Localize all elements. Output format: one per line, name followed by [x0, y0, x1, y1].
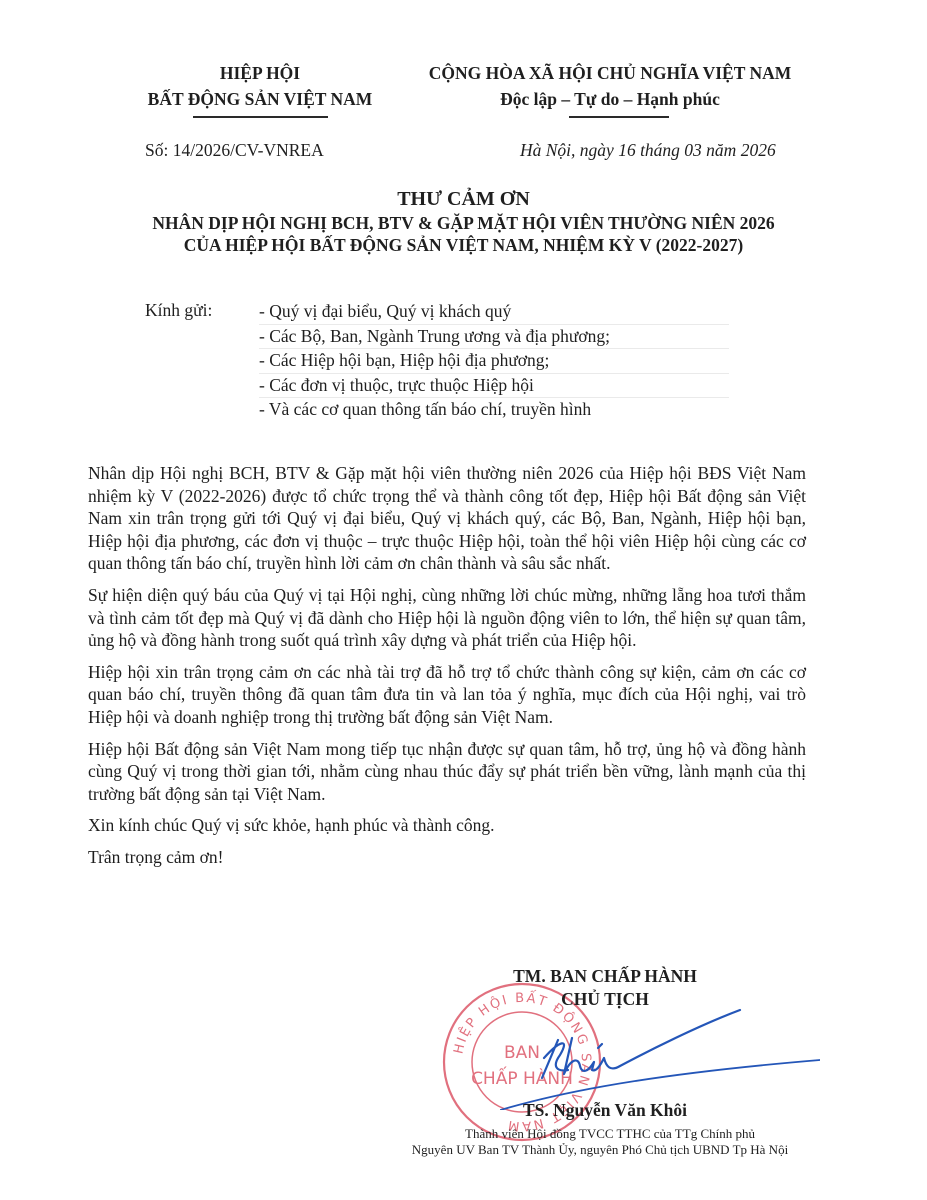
signing-capacity: TM. BAN CHẤP HÀNH	[440, 965, 770, 988]
letter-title: THƯ CẢM ƠN NHÂN DỊP HỘI NGHỊ BCH, BTV & …	[60, 186, 867, 256]
org-underline	[193, 116, 328, 118]
recipients-label: Kính gửi:	[145, 300, 245, 321]
body-paragraph: Hiệp hội Bất động sản Việt Nam mong tiếp…	[88, 738, 806, 806]
document-number: Số: 14/2026/CV-VNREA	[145, 140, 324, 161]
issuing-organization: HIỆP HỘI BẤT ĐỘNG SẢN VIỆT NAM	[130, 60, 390, 118]
body-paragraph: Trân trọng cảm ơn!	[88, 846, 806, 869]
org-line-1: HIỆP HỘI	[130, 60, 390, 86]
title-main: THƯ CẢM ƠN	[60, 186, 867, 212]
nation-line-2: Độc lập – Tự do – Hạnh phúc	[400, 86, 820, 112]
body-paragraph: Sự hiện diện quý báu của Quý vị tại Hội …	[88, 584, 806, 652]
recipient-item: - Các Bộ, Ban, Ngành Trung ương và địa p…	[259, 324, 729, 349]
document-date: Hà Nội, ngày 16 tháng 03 năm 2026	[520, 140, 776, 161]
motto-underline	[569, 116, 669, 118]
title-subtitle-1: NHÂN DỊP HỘI NGHỊ BCH, BTV & GẶP MẶT HỘI…	[60, 212, 867, 234]
recipient-item: - Các Hiệp hội bạn, Hiệp hội địa phương;	[259, 348, 729, 373]
recipient-item: - Quý vị đại biểu, Quý vị khách quý	[259, 300, 729, 324]
body-paragraph: Nhân dịp Hội nghị BCH, BTV & Gặp mặt hội…	[88, 462, 806, 575]
body-paragraph: Xin kính chúc Quý vị sức khỏe, hạnh phúc…	[88, 814, 806, 837]
org-line-2: BẤT ĐỘNG SẢN VIỆT NAM	[130, 86, 390, 112]
signer-title-1: Thành viên Hội đồng TVCC TTHC của TTg Ch…	[380, 1126, 840, 1142]
body-paragraph: Hiệp hội xin trân trọng cảm ơn các nhà t…	[88, 661, 806, 729]
national-heading: CỘNG HÒA XÃ HỘI CHỦ NGHĨA VIỆT NAM Độc l…	[400, 60, 820, 118]
letter-body: Nhân dịp Hội nghị BCH, BTV & Gặp mặt hội…	[88, 462, 806, 878]
recipients-list: - Quý vị đại biểu, Quý vị khách quý - Cá…	[259, 300, 729, 422]
signer-title-2: Nguyên UV Ban TV Thành Ủy, nguyên Phó Ch…	[370, 1142, 830, 1158]
handwritten-signature-icon	[500, 1000, 820, 1110]
title-subtitle-2: CỦA HIỆP HỘI BẤT ĐỘNG SẢN VIỆT NAM, NHIỆ…	[60, 234, 867, 256]
nation-line-1: CỘNG HÒA XÃ HỘI CHỦ NGHĨA VIỆT NAM	[400, 60, 820, 86]
recipient-item: - Các đơn vị thuộc, trực thuộc Hiệp hội	[259, 373, 729, 398]
recipient-item: - Và các cơ quan thông tấn báo chí, truy…	[259, 397, 729, 422]
signer-name: TS. Nguyễn Văn Khôi	[440, 1100, 770, 1121]
